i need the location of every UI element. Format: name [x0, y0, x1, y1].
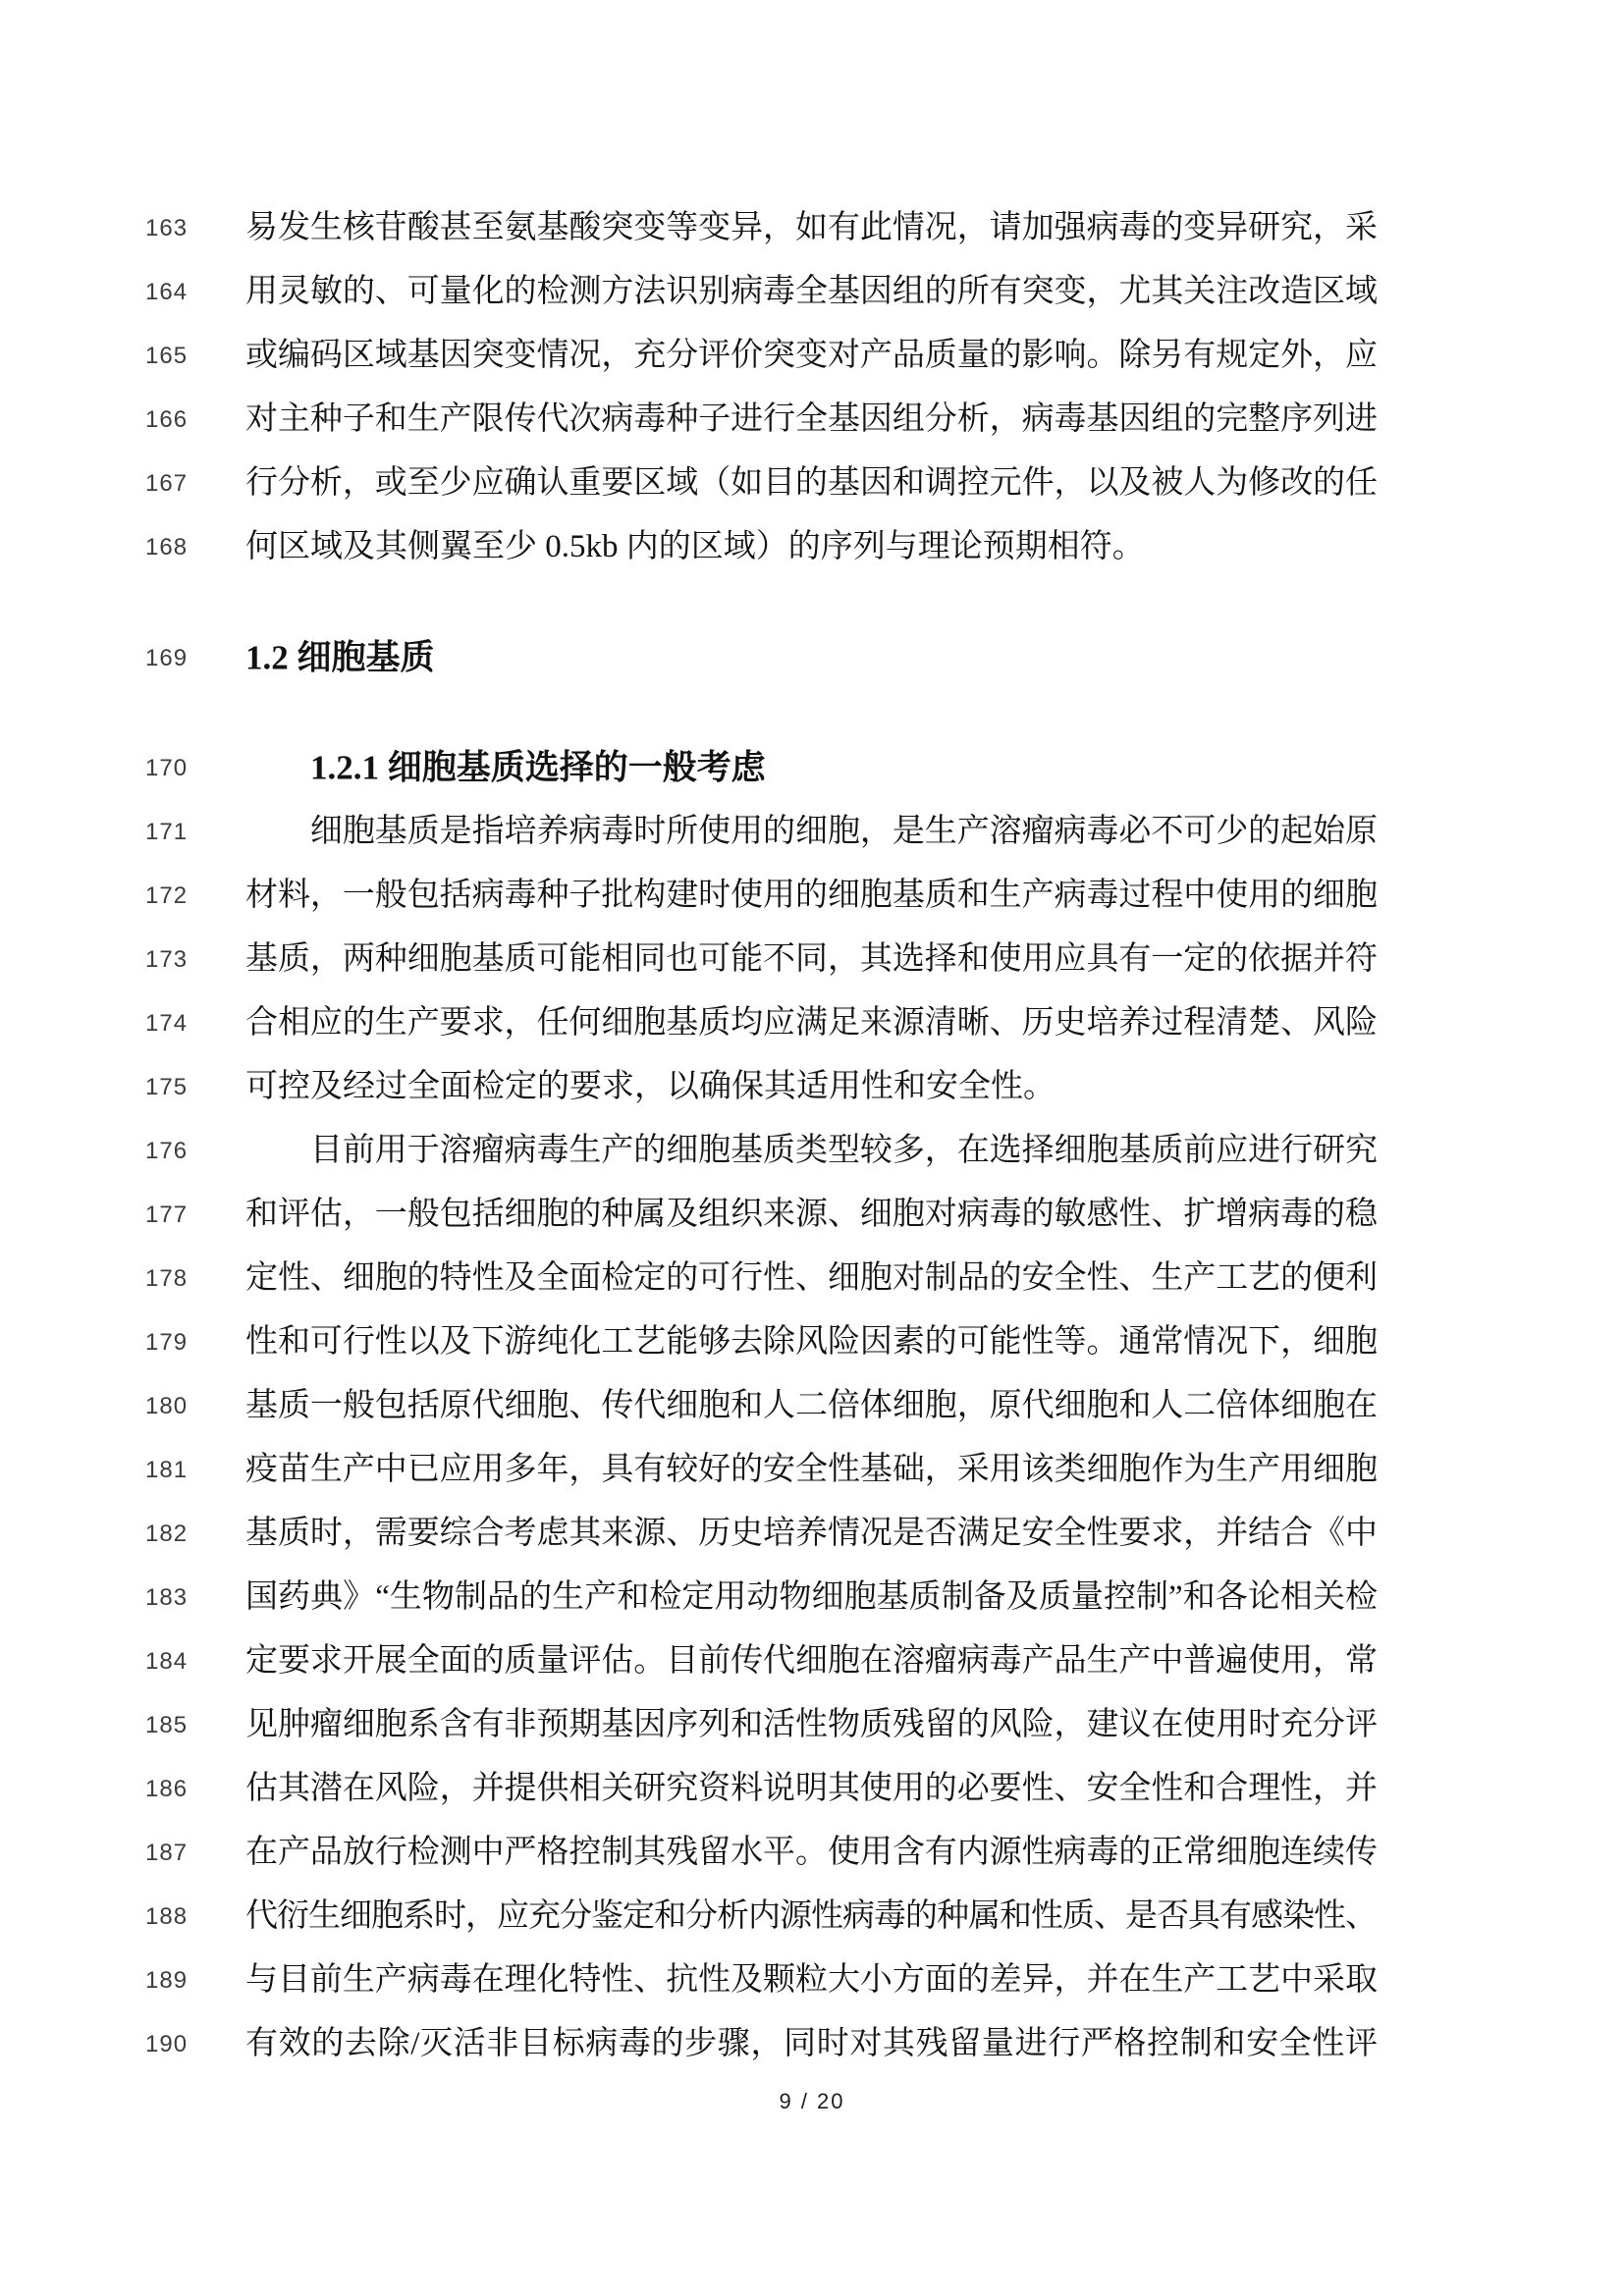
- document-line: 174合相应的生产要求，任何细胞基质均应满足来源清晰、历史培养过程清楚、风险: [0, 991, 1624, 1055]
- line-text-content: 目前用于溶瘤病毒生产的细胞基质类型较多，在选择细胞基质前应进行研究: [245, 1132, 1378, 1171]
- line-text-content: 易发生核苷酸甚至氨基酸突变等变异，如有此情况，请加强病毒的变异研究，采: [245, 209, 1378, 248]
- line-number: 174: [145, 1010, 188, 1038]
- document-line: 177和评估，一般包括细胞的种属及组织来源、细胞对病毒的敏感性、扩增病毒的稳: [0, 1183, 1624, 1247]
- line-text-content: 定要求开展全面的质量评估。目前传代细胞在溶瘤病毒产品生产中普遍使用，常: [245, 1642, 1378, 1682]
- document-line: 181疫苗生产中已应用多年，具有较好的安全性基础，采用该类细胞作为生产用细胞: [0, 1438, 1624, 1502]
- document-line: 175可控及经过全面检定的要求，以确保其适用性和安全性。: [0, 1055, 1624, 1119]
- section-heading: 1.2.1 细胞基质选择的一般考虑: [245, 747, 1442, 789]
- line-text: 国药典》“生物制品的生产和检定用动物细胞基质制备及质量控制”和各论相关检: [245, 1578, 1378, 1618]
- document-line: 1701.2.1 细胞基质选择的一般考虑: [0, 736, 1624, 800]
- line-text: 何区域及其侧翼至少 0.5kb 内的区域）的序列与理论预期相符。: [245, 528, 1378, 567]
- line-number: 166: [145, 406, 188, 434]
- line-number: 187: [145, 1840, 188, 1867]
- line-number: 185: [145, 1712, 188, 1739]
- line-number: 172: [145, 882, 188, 910]
- document-line: 188代衍生细胞系时，应充分鉴定和分析内源性病毒的种属和性质、是否具有感染性、: [0, 1885, 1624, 1949]
- line-number: 171: [145, 819, 188, 846]
- document-line: 182基质时，需要综合考虑其来源、历史培养情况是否满足安全性要求，并结合《中: [0, 1502, 1624, 1566]
- document-line: 163易发生核苷酸甚至氨基酸突变等变异，如有此情况，请加强病毒的变异研究，采: [0, 196, 1624, 260]
- line-text: 定性、细胞的特性及全面检定的可行性、细胞对制品的安全性、生产工艺的便利: [245, 1259, 1378, 1299]
- line-text-content: 有效的去除/灭活非目标病毒的步骤，同时对其残留量进行严格控制和安全性评: [245, 2025, 1379, 2064]
- document-line: 172材料，一般包括病毒种子批构建时使用的细胞基质和生产病毒过程中使用的细胞: [0, 864, 1624, 928]
- line-text-content: 基质一般包括原代细胞、传代细胞和人二倍体细胞，原代细胞和人二倍体细胞在: [245, 1387, 1378, 1426]
- line-text: 可控及经过全面检定的要求，以确保其适用性和安全性。: [245, 1068, 1378, 1107]
- line-number: 173: [145, 946, 188, 974]
- document-line: 190有效的去除/灭活非目标病毒的步骤，同时对其残留量进行严格控制和安全性评: [0, 2012, 1624, 2076]
- line-text: 材料，一般包括病毒种子批构建时使用的细胞基质和生产病毒过程中使用的细胞: [245, 877, 1378, 916]
- line-text-content: 在产品放行检测中严格控制其残留水平。使用含有内源性病毒的正常细胞连续传: [245, 1834, 1378, 1873]
- line-text-content: 行分析，或至少应确认重要区域（如目的基因和调控元件，以及被人为修改的任: [245, 464, 1378, 504]
- line-text: 疫苗生产中已应用多年，具有较好的安全性基础，采用该类细胞作为生产用细胞: [245, 1451, 1378, 1490]
- line-text-content: 基质，两种细胞基质可能相同也可能不同，其选择和使用应具有一定的依据并符: [245, 940, 1378, 980]
- line-text-content: 疫苗生产中已应用多年，具有较好的安全性基础，采用该类细胞作为生产用细胞: [245, 1451, 1378, 1490]
- line-text-content: 可控及经过全面检定的要求，以确保其适用性和安全性。: [245, 1068, 1056, 1107]
- line-text: 用灵敏的、可量化的检测方法识别病毒全基因组的所有突变，尤其关注改造区域: [245, 273, 1378, 312]
- line-text: 或编码区域基因突变情况，充分评价突变对产品质量的影响。除另有规定外，应: [245, 337, 1378, 376]
- document-line: 1691.2 细胞基质: [0, 626, 1624, 690]
- line-number: 170: [145, 755, 188, 782]
- line-text: 对主种子和生产限传代次病毒种子进行全基因组分析，病毒基因组的完整序列进: [245, 400, 1378, 440]
- document-page: 163易发生核苷酸甚至氨基酸突变等变异，如有此情况，请加强病毒的变异研究，采16…: [0, 0, 1624, 2296]
- line-number: 164: [145, 279, 188, 306]
- line-number: 169: [145, 645, 188, 672]
- line-number: 176: [145, 1138, 188, 1165]
- line-text: 细胞基质是指培养病毒时所使用的细胞，是生产溶瘤病毒必不可少的起始原: [245, 813, 1378, 852]
- line-text-content: 性和可行性以及下游纯化工艺能够去除风险因素的可能性等。通常情况下，细胞: [245, 1323, 1378, 1362]
- document-line: 189与目前生产病毒在理化特性、抗性及颗粒大小方面的差异，并在生产工艺中采取: [0, 1949, 1624, 2012]
- document-line: 167行分析，或至少应确认重要区域（如目的基因和调控元件，以及被人为修改的任: [0, 452, 1624, 515]
- line-text: 基质一般包括原代细胞、传代细胞和人二倍体细胞，原代细胞和人二倍体细胞在: [245, 1387, 1378, 1426]
- document-line: 184定要求开展全面的质量评估。目前传代细胞在溶瘤病毒产品生产中普遍使用，常: [0, 1629, 1624, 1693]
- line-text-content: 细胞基质是指培养病毒时所使用的细胞，是生产溶瘤病毒必不可少的起始原: [245, 813, 1378, 852]
- document-line: 183国药典》“生物制品的生产和检定用动物细胞基质制备及质量控制”和各论相关检: [0, 1566, 1624, 1629]
- line-text-content: 代衍生细胞系时，应充分鉴定和分析内源性病毒的种属和性质、是否具有感染性、: [245, 1897, 1377, 1937]
- line-number: 186: [145, 1776, 188, 1803]
- document-line: 185见肿瘤细胞系含有非预期基因序列和活性物质残留的风险，建议在使用时充分评: [0, 1693, 1624, 1757]
- line-text-content: 何区域及其侧翼至少 0.5kb 内的区域）的序列与理论预期相符。: [245, 528, 1145, 567]
- line-text: 与目前生产病毒在理化特性、抗性及颗粒大小方面的差异，并在生产工艺中采取: [245, 1961, 1378, 2001]
- document-line: 165或编码区域基因突变情况，充分评价突变对产品质量的影响。除另有规定外，应: [0, 324, 1624, 388]
- line-number: 168: [145, 534, 188, 561]
- line-text: 在产品放行检测中严格控制其残留水平。使用含有内源性病毒的正常细胞连续传: [245, 1834, 1378, 1873]
- line-text-content: 见肿瘤细胞系含有非预期基因序列和活性物质残留的风险，建议在使用时充分评: [245, 1706, 1378, 1745]
- document-line: 173基质，两种细胞基质可能相同也可能不同，其选择和使用应具有一定的依据并符: [0, 928, 1624, 991]
- line-text-content: 定性、细胞的特性及全面检定的可行性、细胞对制品的安全性、生产工艺的便利: [245, 1259, 1378, 1299]
- line-text-content: 基质时，需要综合考虑其来源、历史培养情况是否满足安全性要求，并结合《中: [245, 1515, 1378, 1554]
- line-text-content: 或编码区域基因突变情况，充分评价突变对产品质量的影响。除另有规定外，应: [245, 337, 1378, 376]
- line-number: 189: [145, 1967, 188, 1995]
- line-text: 代衍生细胞系时，应充分鉴定和分析内源性病毒的种属和性质、是否具有感染性、: [245, 1897, 1378, 1937]
- line-text-content: 对主种子和生产限传代次病毒种子进行全基因组分析，病毒基因组的完整序列进: [245, 400, 1378, 440]
- line-text: 目前用于溶瘤病毒生产的细胞基质类型较多，在选择细胞基质前应进行研究: [245, 1132, 1378, 1171]
- line-text: 基质时，需要综合考虑其来源、历史培养情况是否满足安全性要求，并结合《中: [245, 1515, 1378, 1554]
- document-line: 166对主种子和生产限传代次病毒种子进行全基因组分析，病毒基因组的完整序列进: [0, 388, 1624, 452]
- line-number: 178: [145, 1265, 188, 1293]
- line-number: 163: [145, 215, 188, 242]
- line-number: 177: [145, 1201, 188, 1229]
- line-text: 行分析，或至少应确认重要区域（如目的基因和调控元件，以及被人为修改的任: [245, 464, 1378, 504]
- document-line: 178定性、细胞的特性及全面检定的可行性、细胞对制品的安全性、生产工艺的便利: [0, 1247, 1624, 1310]
- line-number: 175: [145, 1074, 188, 1101]
- line-number: 182: [145, 1521, 188, 1548]
- line-text: 易发生核苷酸甚至氨基酸突变等变异，如有此情况，请加强病毒的变异研究，采: [245, 209, 1378, 248]
- line-text: 估其潜在风险，并提供相关研究资料说明其使用的必要性、安全性和合理性，并: [245, 1770, 1378, 1809]
- line-text: 性和可行性以及下游纯化工艺能够去除风险因素的可能性等。通常情况下，细胞: [245, 1323, 1378, 1362]
- line-text: 见肿瘤细胞系含有非预期基因序列和活性物质残留的风险，建议在使用时充分评: [245, 1706, 1378, 1745]
- line-number: 181: [145, 1457, 188, 1484]
- document-line: 186估其潜在风险，并提供相关研究资料说明其使用的必要性、安全性和合理性，并: [0, 1757, 1624, 1821]
- line-text-content: 合相应的生产要求，任何细胞基质均应满足来源清晰、历史培养过程清楚、风险: [245, 1004, 1378, 1043]
- line-text-content: 与目前生产病毒在理化特性、抗性及颗粒大小方面的差异，并在生产工艺中采取: [245, 1961, 1378, 2001]
- section-heading: 1.2 细胞基质: [245, 637, 1378, 679]
- document-line: 187在产品放行检测中严格控制其残留水平。使用含有内源性病毒的正常细胞连续传: [0, 1821, 1624, 1885]
- line-text: 合相应的生产要求，任何细胞基质均应满足来源清晰、历史培养过程清楚、风险: [245, 1004, 1378, 1043]
- line-number: 190: [145, 2031, 188, 2058]
- line-text-content: 1.2 细胞基质: [245, 637, 435, 678]
- document-line: 179性和可行性以及下游纯化工艺能够去除风险因素的可能性等。通常情况下，细胞: [0, 1310, 1624, 1374]
- document-line: 176 目前用于溶瘤病毒生产的细胞基质类型较多，在选择细胞基质前应进行研究: [0, 1119, 1624, 1183]
- page-number: 9 / 20: [0, 2089, 1624, 2114]
- line-text-content: 用灵敏的、可量化的检测方法识别病毒全基因组的所有突变，尤其关注改造区域: [245, 273, 1378, 312]
- document-line: 171 细胞基质是指培养病毒时所使用的细胞，是生产溶瘤病毒必不可少的起始原: [0, 800, 1624, 864]
- line-text: 和评估，一般包括细胞的种属及组织来源、细胞对病毒的敏感性、扩增病毒的稳: [245, 1196, 1378, 1235]
- document-body: 163易发生核苷酸甚至氨基酸突变等变异，如有此情况，请加强病毒的变异研究，采16…: [0, 0, 1624, 2076]
- line-text-content: 国药典》“生物制品的生产和检定用动物细胞基质制备及质量控制”和各论相关检: [245, 1578, 1378, 1618]
- line-text-content: 材料，一般包括病毒种子批构建时使用的细胞基质和生产病毒过程中使用的细胞: [245, 877, 1378, 916]
- line-number: 167: [145, 470, 188, 498]
- line-text-content: 1.2.1 细胞基质选择的一般考虑: [310, 747, 766, 788]
- line-number: 184: [145, 1648, 188, 1676]
- line-number: 180: [145, 1393, 188, 1420]
- document-line: 168何区域及其侧翼至少 0.5kb 内的区域）的序列与理论预期相符。: [0, 515, 1624, 579]
- document-line: 164用灵敏的、可量化的检测方法识别病毒全基因组的所有突变，尤其关注改造区域: [0, 260, 1624, 324]
- line-text-content: 和评估，一般包括细胞的种属及组织来源、细胞对病毒的敏感性、扩增病毒的稳: [245, 1196, 1378, 1235]
- line-number: 188: [145, 1903, 188, 1931]
- line-number: 165: [145, 343, 188, 370]
- line-number: 183: [145, 1584, 188, 1612]
- document-line: 180基质一般包括原代细胞、传代细胞和人二倍体细胞，原代细胞和人二倍体细胞在: [0, 1374, 1624, 1438]
- line-text: 有效的去除/灭活非目标病毒的步骤，同时对其残留量进行严格控制和安全性评: [245, 2025, 1378, 2064]
- line-number: 179: [145, 1329, 188, 1357]
- line-text: 定要求开展全面的质量评估。目前传代细胞在溶瘤病毒产品生产中普遍使用，常: [245, 1642, 1378, 1682]
- line-text-content: 估其潜在风险，并提供相关研究资料说明其使用的必要性、安全性和合理性，并: [245, 1770, 1378, 1809]
- line-text: 基质，两种细胞基质可能相同也可能不同，其选择和使用应具有一定的依据并符: [245, 940, 1378, 980]
